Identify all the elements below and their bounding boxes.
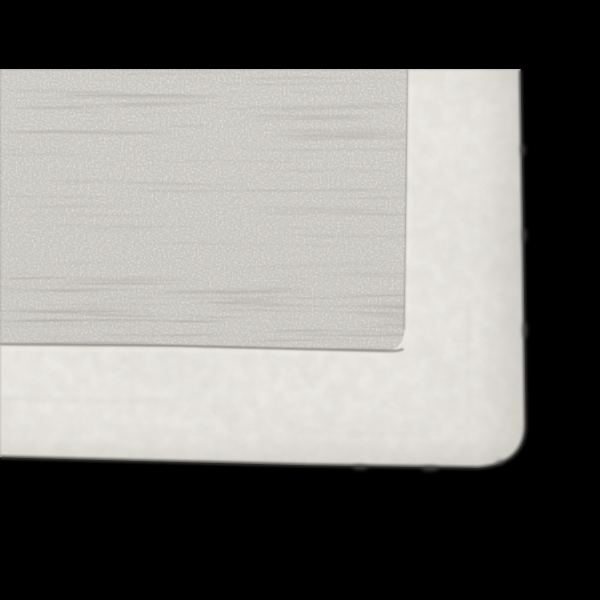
edge-tuft [523, 228, 527, 242]
edge-tuft [421, 466, 439, 471]
edge-tuft [496, 460, 504, 464]
centre-streak-bands [0, 69, 408, 352]
centre-vertical-shading [0, 69, 408, 352]
product-photo [0, 0, 600, 600]
edge-tuft [523, 322, 527, 338]
edge-tuft [521, 144, 525, 156]
bottom-edge-shading [0, 393, 527, 469]
edge-tuft [352, 465, 368, 469]
rug-photo-canvas [0, 0, 600, 600]
